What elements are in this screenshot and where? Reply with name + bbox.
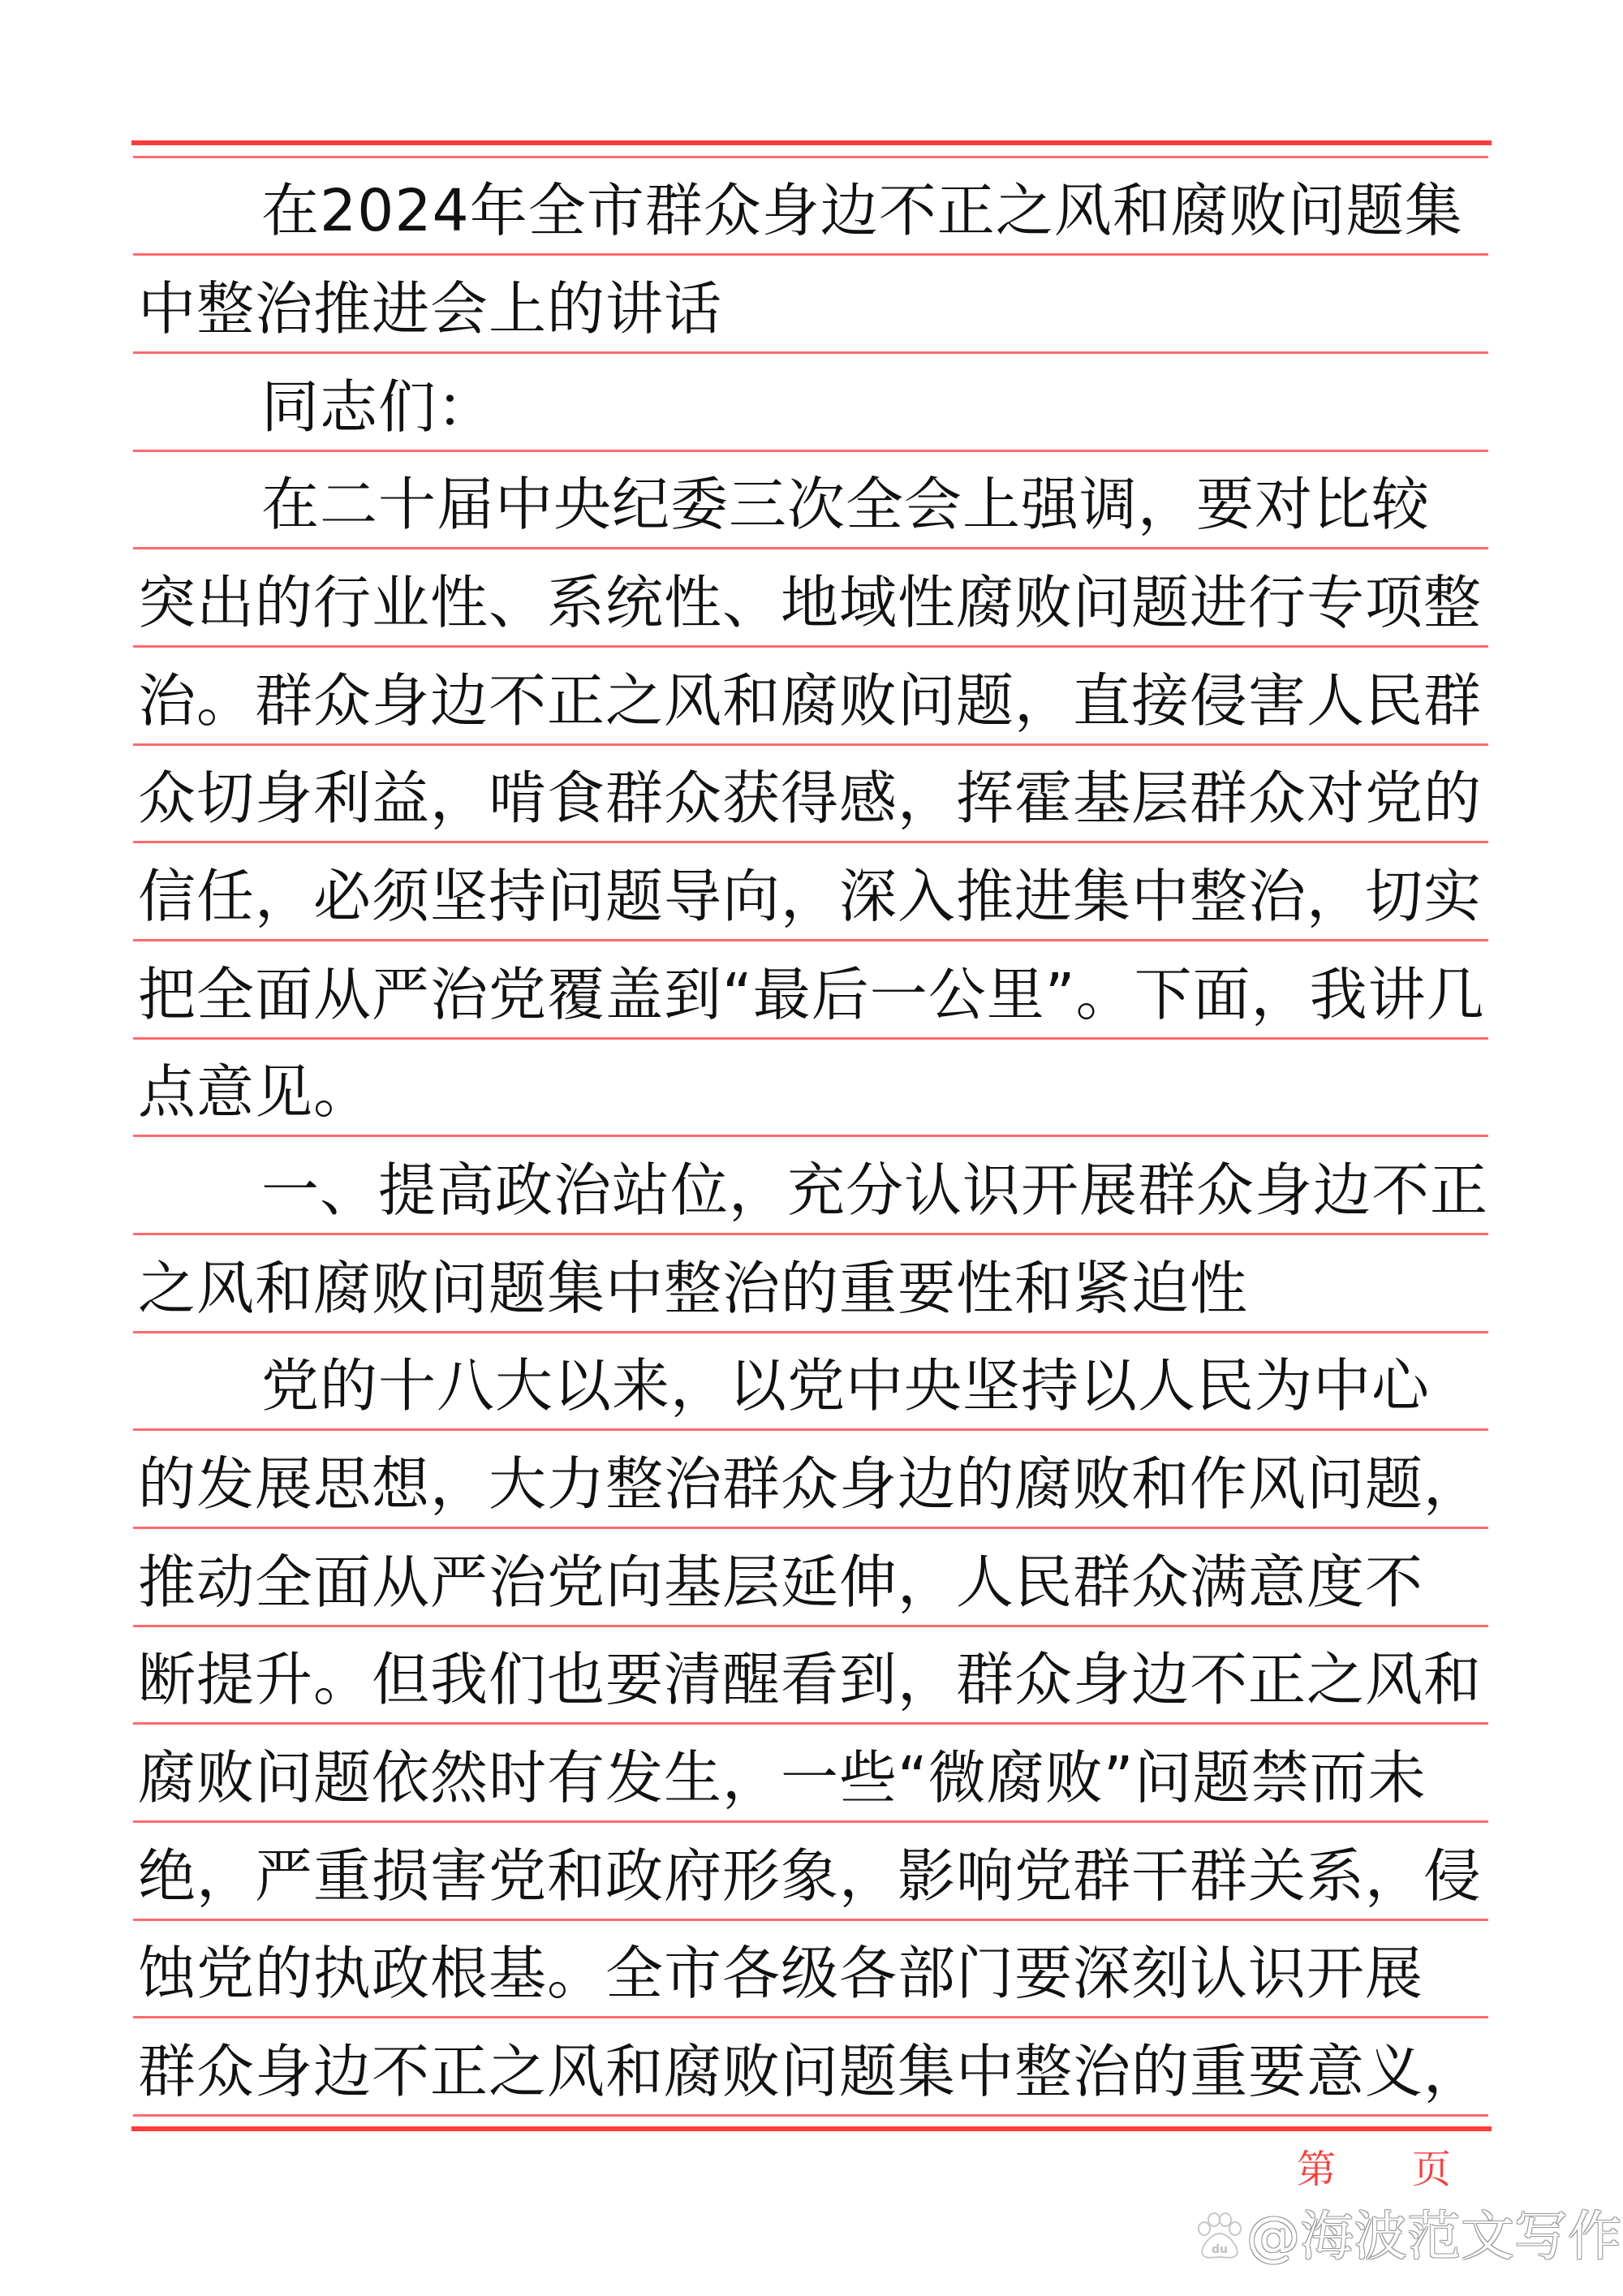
row-rule xyxy=(133,351,1488,354)
row-rule xyxy=(133,939,1488,941)
body-line: 在二十届中央纪委三次全会上强调，要对比较 xyxy=(261,468,1623,541)
row-rule xyxy=(133,1527,1488,1529)
row-rule xyxy=(133,841,1488,843)
body-line: 众切身利益，啃食群众获得感，挥霍基层群众对党的 xyxy=(138,762,1534,835)
row-rule xyxy=(133,1037,1488,1040)
speech-title-line-2: 中整治推进会上的讲话 xyxy=(138,273,1534,346)
body-line: 信任，必须坚持问题导向，深入推进集中整治，切实 xyxy=(138,860,1534,933)
body-line: 推动全面从严治党向基层延伸，人民群众满意度不 xyxy=(138,1546,1534,1619)
body-line: 突出的行业性、系统性、地域性腐败问题进行专项整 xyxy=(138,566,1534,640)
salutation: 同志们： xyxy=(261,371,1623,444)
baidu-paw-icon: du xyxy=(1196,2212,1243,2261)
row-rule xyxy=(133,1625,1488,1627)
row-rule xyxy=(133,1331,1488,1333)
top-rule-thin xyxy=(133,156,1488,158)
section-heading-line-2: 之风和腐败问题集中整治的重要性和紧迫性 xyxy=(138,1252,1534,1325)
body-line: 的发展思想，大力整治群众身边的腐败和作风问题， xyxy=(138,1448,1534,1521)
row-rule xyxy=(133,1233,1488,1235)
body-line: 点意见。 xyxy=(138,1056,1534,1129)
row-rule xyxy=(133,1722,1488,1725)
row-rule xyxy=(133,1428,1488,1431)
row-rule xyxy=(133,1820,1488,1823)
row-rule xyxy=(133,2016,1488,2018)
row-rule xyxy=(133,1919,1488,1921)
body-line: 蚀党的执政根基。全市各级各部门要深刻认识开展 xyxy=(138,1937,1534,2010)
section-heading-line-1: 一、提高政治站位，充分认识开展群众身边不正 xyxy=(261,1154,1623,1227)
body-line: 断提升。但我们也要清醒看到，群众身边不正之风和 xyxy=(138,1643,1534,1717)
row-rule xyxy=(133,547,1488,549)
watermark-text: @海波范文写作 xyxy=(1246,2206,1621,2268)
page-label-suffix: 页 xyxy=(1412,2147,1451,2192)
body-line: 绝，严重损害党和政府形象，影响党群干群关系，侵 xyxy=(138,1840,1534,1913)
row-rule xyxy=(133,450,1488,452)
body-line: 把全面从严治党覆盖到“最后一公里”。下面，我讲几 xyxy=(138,958,1534,1032)
speech-title-line-1: 在2024年全市群众身边不正之风和腐败问题集 xyxy=(261,174,1623,248)
row-rule xyxy=(133,743,1488,746)
row-rule xyxy=(133,645,1488,648)
body-line: 群众身边不正之风和腐败问题集中整治的重要意义， xyxy=(138,2035,1534,2109)
row-rule xyxy=(133,1135,1488,1137)
top-rule-thick xyxy=(131,140,1492,145)
page-label-prefix: 第 xyxy=(1297,2147,1336,2192)
body-line: 党的十八大以来，以党中央坚持以人民为中心 xyxy=(261,1350,1623,1423)
svg-text:du: du xyxy=(1212,2243,1228,2256)
row-rule xyxy=(133,253,1488,256)
body-line: 腐败问题依然时有发生，一些“微腐败”问题禁而未 xyxy=(138,1742,1534,1815)
row-rule xyxy=(133,2114,1488,2117)
bottom-rule-thick xyxy=(131,2126,1492,2131)
body-line: 治。群众身边不正之风和腐败问题，直接侵害人民群 xyxy=(138,665,1534,738)
